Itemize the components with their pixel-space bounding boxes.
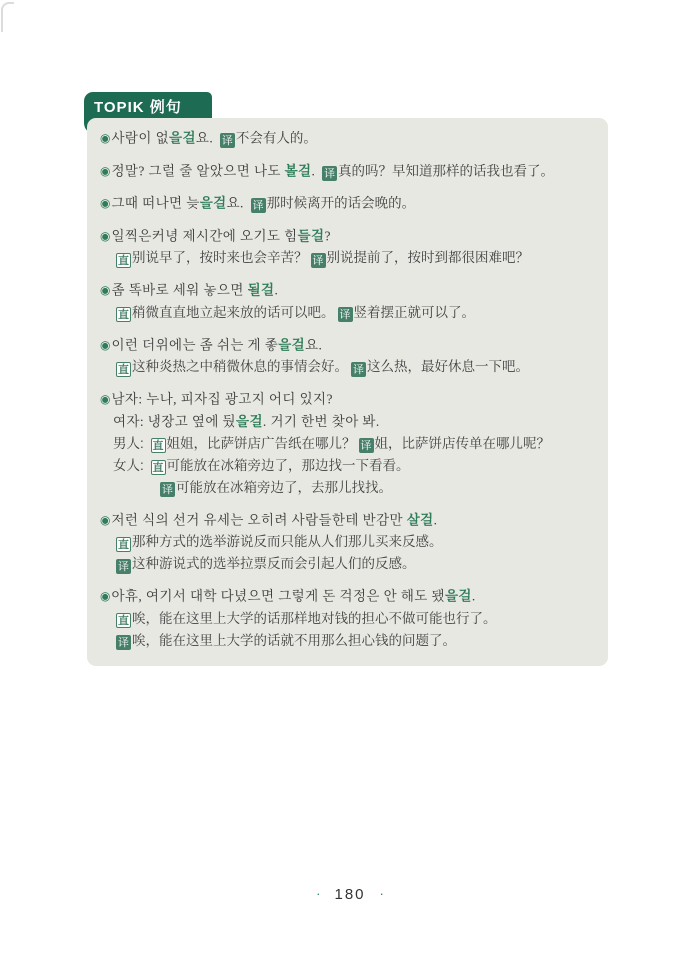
example-group: ◉이런 더위에는 좀 쉬는 게 좋을걸요.直这种炎热之中稍微休息的事情会好。译这… [100, 334, 596, 379]
example-group: ◉저런 식의 선거 유세는 오히려 사람들한테 반감만 살걸.直那种方式的选举游… [100, 509, 596, 576]
chinese-text: 姐，比萨饼店传单在哪儿呢？ [375, 436, 551, 451]
chinese-text: 稍微直直地立起来放的话可以吧。 [132, 305, 335, 320]
example-line: 直这种炎热之中稍微休息的事情会好。译这么热，最好休息一下吧。 [100, 356, 596, 378]
grammar-highlight: 을걸 [200, 196, 227, 211]
bullet-icon: ◉ [100, 229, 110, 243]
chinese-text: 这种炎热之中稍微休息的事情会好。 [132, 359, 348, 374]
chinese-text: 那时候离开的话会晚的。 [267, 196, 416, 211]
page-number: 180 [334, 886, 365, 903]
example-group: ◉사람이 없을걸요. 译不会有人的。 [100, 127, 596, 150]
korean-text: 이런 더위에는 좀 쉬는 게 좋 [111, 337, 278, 352]
page-footer: ·180· [0, 886, 700, 903]
section-title: TOPIK 例句 [84, 92, 212, 117]
chinese-text: 唉，能在这里上大学的话就不用那么担心钱的问题了。 [132, 633, 456, 648]
example-line: ◉일찍은커녕 제시간에 오기도 힘들걸? [100, 225, 596, 248]
translation-tag-icon: 译 [220, 133, 235, 148]
grammar-highlight: 들걸 [298, 228, 325, 243]
example-line: ◉이런 더위에는 좀 쉬는 게 좋을걸요. [100, 334, 596, 357]
grammar-highlight: 될걸 [248, 283, 275, 298]
footer-right-dot: · [380, 886, 384, 901]
example-line: 直那种方式的选举游说反而只能从人们那儿买来反感。 [100, 531, 596, 553]
bullet-icon: ◉ [100, 392, 110, 406]
korean-text: 좀 똑바로 세워 놓으면 [111, 283, 247, 298]
literal-tag-icon: 直 [151, 460, 166, 475]
grammar-highlight: 을걸 [236, 414, 263, 429]
bullet-icon: ◉ [100, 131, 110, 145]
chinese-text: 不会有人的。 [236, 131, 317, 146]
examples-panel: ◉사람이 없을걸요. 译不会有人的。◉정말? 그럴 줄 알았으면 나도 볼걸. … [87, 118, 608, 666]
grammar-highlight: 을걸 [169, 131, 196, 146]
chinese-text: 可能放在冰箱旁边了，去那儿找找。 [176, 480, 392, 495]
example-line: 译这种游说式的选举拉票反而会引起人们的反感。 [100, 553, 596, 575]
example-line: 男人: 直姐姐，比萨饼店广告纸在哪儿？译姐，比萨饼店传单在哪儿呢？ [100, 433, 596, 455]
chinese-text: 这种游说式的选举拉票反而会引起人们的反感。 [132, 556, 416, 571]
translation-tag-icon: 译 [338, 307, 353, 322]
example-line: 直唉，能在这里上大学的话那样地对钱的担心不做可能也行了。 [100, 608, 596, 630]
korean-text: 요. [196, 131, 217, 146]
examples-list: ◉사람이 없을걸요. 译不会有人的。◉정말? 그럴 줄 알았으면 나도 볼걸. … [100, 127, 596, 652]
chinese-text: 真的吗？早知道那样的话我也看了。 [338, 163, 554, 178]
translation-tag-icon: 译 [351, 362, 366, 377]
grammar-highlight: 볼걸 [285, 163, 312, 178]
korean-text: . [434, 512, 438, 527]
chinese-text: 竖着摆正就可以了。 [354, 305, 476, 320]
example-group: ◉정말? 그럴 줄 알았으면 나도 볼걸. 译真的吗？早知道那样的话我也看了。 [100, 160, 596, 183]
translation-tag-icon: 译 [160, 482, 175, 497]
chinese-text: 这么热，最好休息一下吧。 [367, 359, 529, 374]
example-line: 译唉，能在这里上大学的话就不用那么担心钱的问题了。 [100, 630, 596, 652]
chinese-text: 男人: [113, 436, 148, 451]
literal-tag-icon: 直 [151, 438, 166, 453]
example-line: ◉좀 똑바로 세워 놓으면 될걸. [100, 279, 596, 302]
translation-tag-icon: 译 [251, 198, 266, 213]
chinese-text: 唉，能在这里上大学的话那样地对钱的担心不做可能也行了。 [132, 611, 497, 626]
literal-tag-icon: 直 [116, 537, 131, 552]
example-line: ◉그때 떠나면 늦을걸요. 译那时候离开的话会晚的。 [100, 192, 596, 215]
bullet-icon: ◉ [100, 513, 110, 527]
example-group: ◉아휴, 여기서 대학 다녔으면 그렇게 돈 걱정은 안 해도 됐을걸.直唉，能… [100, 585, 596, 652]
korean-text: 남자: 누나, 피자집 광고지 어디 있지? [111, 392, 332, 407]
korean-text: 아휴, 여기서 대학 다녔으면 그렇게 돈 걱정은 안 해도 됐 [111, 589, 444, 604]
literal-tag-icon: 直 [116, 362, 131, 377]
example-line: ◉남자: 누나, 피자집 광고지 어디 있지? [100, 388, 596, 411]
translation-tag-icon: 译 [359, 438, 374, 453]
bullet-icon: ◉ [100, 164, 110, 178]
korean-text: 요. [227, 196, 248, 211]
literal-tag-icon: 直 [116, 613, 131, 628]
korean-text: 저런 식의 선거 유세는 오히려 사람들한테 반감만 [111, 512, 406, 527]
korean-text: 사람이 없 [111, 131, 169, 146]
korean-text: . [312, 163, 320, 178]
korean-text: 요. [305, 337, 322, 352]
korean-text: 여자: 냉장고 옆에 뒀 [113, 414, 236, 429]
chinese-text: 姐姐，比萨饼店广告纸在哪儿？ [167, 436, 356, 451]
example-line: ◉사람이 없을걸요. 译不会有人的。 [100, 127, 596, 150]
bullet-icon: ◉ [100, 338, 110, 352]
example-line: 여자: 냉장고 옆에 뒀을걸. 거기 한번 찾아 봐. [100, 411, 596, 433]
bullet-icon: ◉ [100, 283, 110, 297]
footer-left-dot: · [316, 886, 320, 901]
example-line: ◉저런 식의 선거 유세는 오히려 사람들한테 반감만 살걸. [100, 509, 596, 532]
example-line: 直稍微直直地立起来放的话可以吧。译竖着摆正就可以了。 [100, 302, 596, 324]
grammar-highlight: 을걸 [278, 337, 305, 352]
example-group: ◉일찍은커녕 제시간에 오기도 힘들걸?直别说早了，按时来也会辛苦？译别说提前了… [100, 225, 596, 270]
example-group: ◉좀 똑바로 세워 놓으면 될걸.直稍微直直地立起来放的话可以吧。译竖着摆正就可… [100, 279, 596, 324]
chinese-text: 女人: [113, 458, 148, 473]
korean-text: 그때 떠나면 늦 [111, 196, 199, 211]
translation-tag-icon: 译 [116, 635, 131, 650]
korean-text: . [472, 589, 476, 604]
translation-tag-icon: 译 [116, 559, 131, 574]
chinese-text: 别说提前了，按时到都很困难吧？ [327, 250, 530, 265]
literal-tag-icon: 直 [116, 307, 131, 322]
page-corner-mark [1, 2, 14, 32]
grammar-highlight: 살걸 [407, 512, 434, 527]
bullet-icon: ◉ [100, 589, 110, 603]
translation-tag-icon: 译 [311, 253, 326, 268]
example-group: ◉그때 떠나면 늦을걸요. 译那时候离开的话会晚的。 [100, 192, 596, 215]
example-group: ◉남자: 누나, 피자집 광고지 어디 있지?여자: 냉장고 옆에 뒀을걸. 거… [100, 388, 596, 499]
chinese-text: 别说早了，按时来也会辛苦？ [132, 250, 308, 265]
literal-tag-icon: 直 [116, 253, 131, 268]
chinese-text: 可能放在冰箱旁边了，那边找一下看看。 [167, 458, 410, 473]
bullet-icon: ◉ [100, 196, 110, 210]
korean-text: . 거기 한번 찾아 봐. [263, 414, 380, 429]
example-line: ◉아휴, 여기서 대학 다녔으면 그렇게 돈 걱정은 안 해도 됐을걸. [100, 585, 596, 608]
korean-text: . [274, 283, 278, 298]
example-line: ◉정말? 그럴 줄 알았으면 나도 볼걸. 译真的吗？早知道那样的话我也看了。 [100, 160, 596, 183]
korean-text: 일찍은커녕 제시간에 오기도 힘 [111, 228, 297, 243]
korean-text: 정말? 그럴 줄 알았으면 나도 [111, 163, 284, 178]
translation-tag-icon: 译 [322, 166, 337, 181]
grammar-highlight: 을걸 [445, 589, 472, 604]
korean-text: ? [324, 228, 330, 243]
chinese-text: 那种方式的选举游说反而只能从人们那儿买来反感。 [132, 534, 443, 549]
example-line: 译可能放在冰箱旁边了，去那儿找找。 [100, 477, 596, 499]
example-line: 直别说早了，按时来也会辛苦？译别说提前了，按时到都很困难吧？ [100, 247, 596, 269]
example-line: 女人: 直可能放在冰箱旁边了，那边找一下看看。 [100, 455, 596, 477]
